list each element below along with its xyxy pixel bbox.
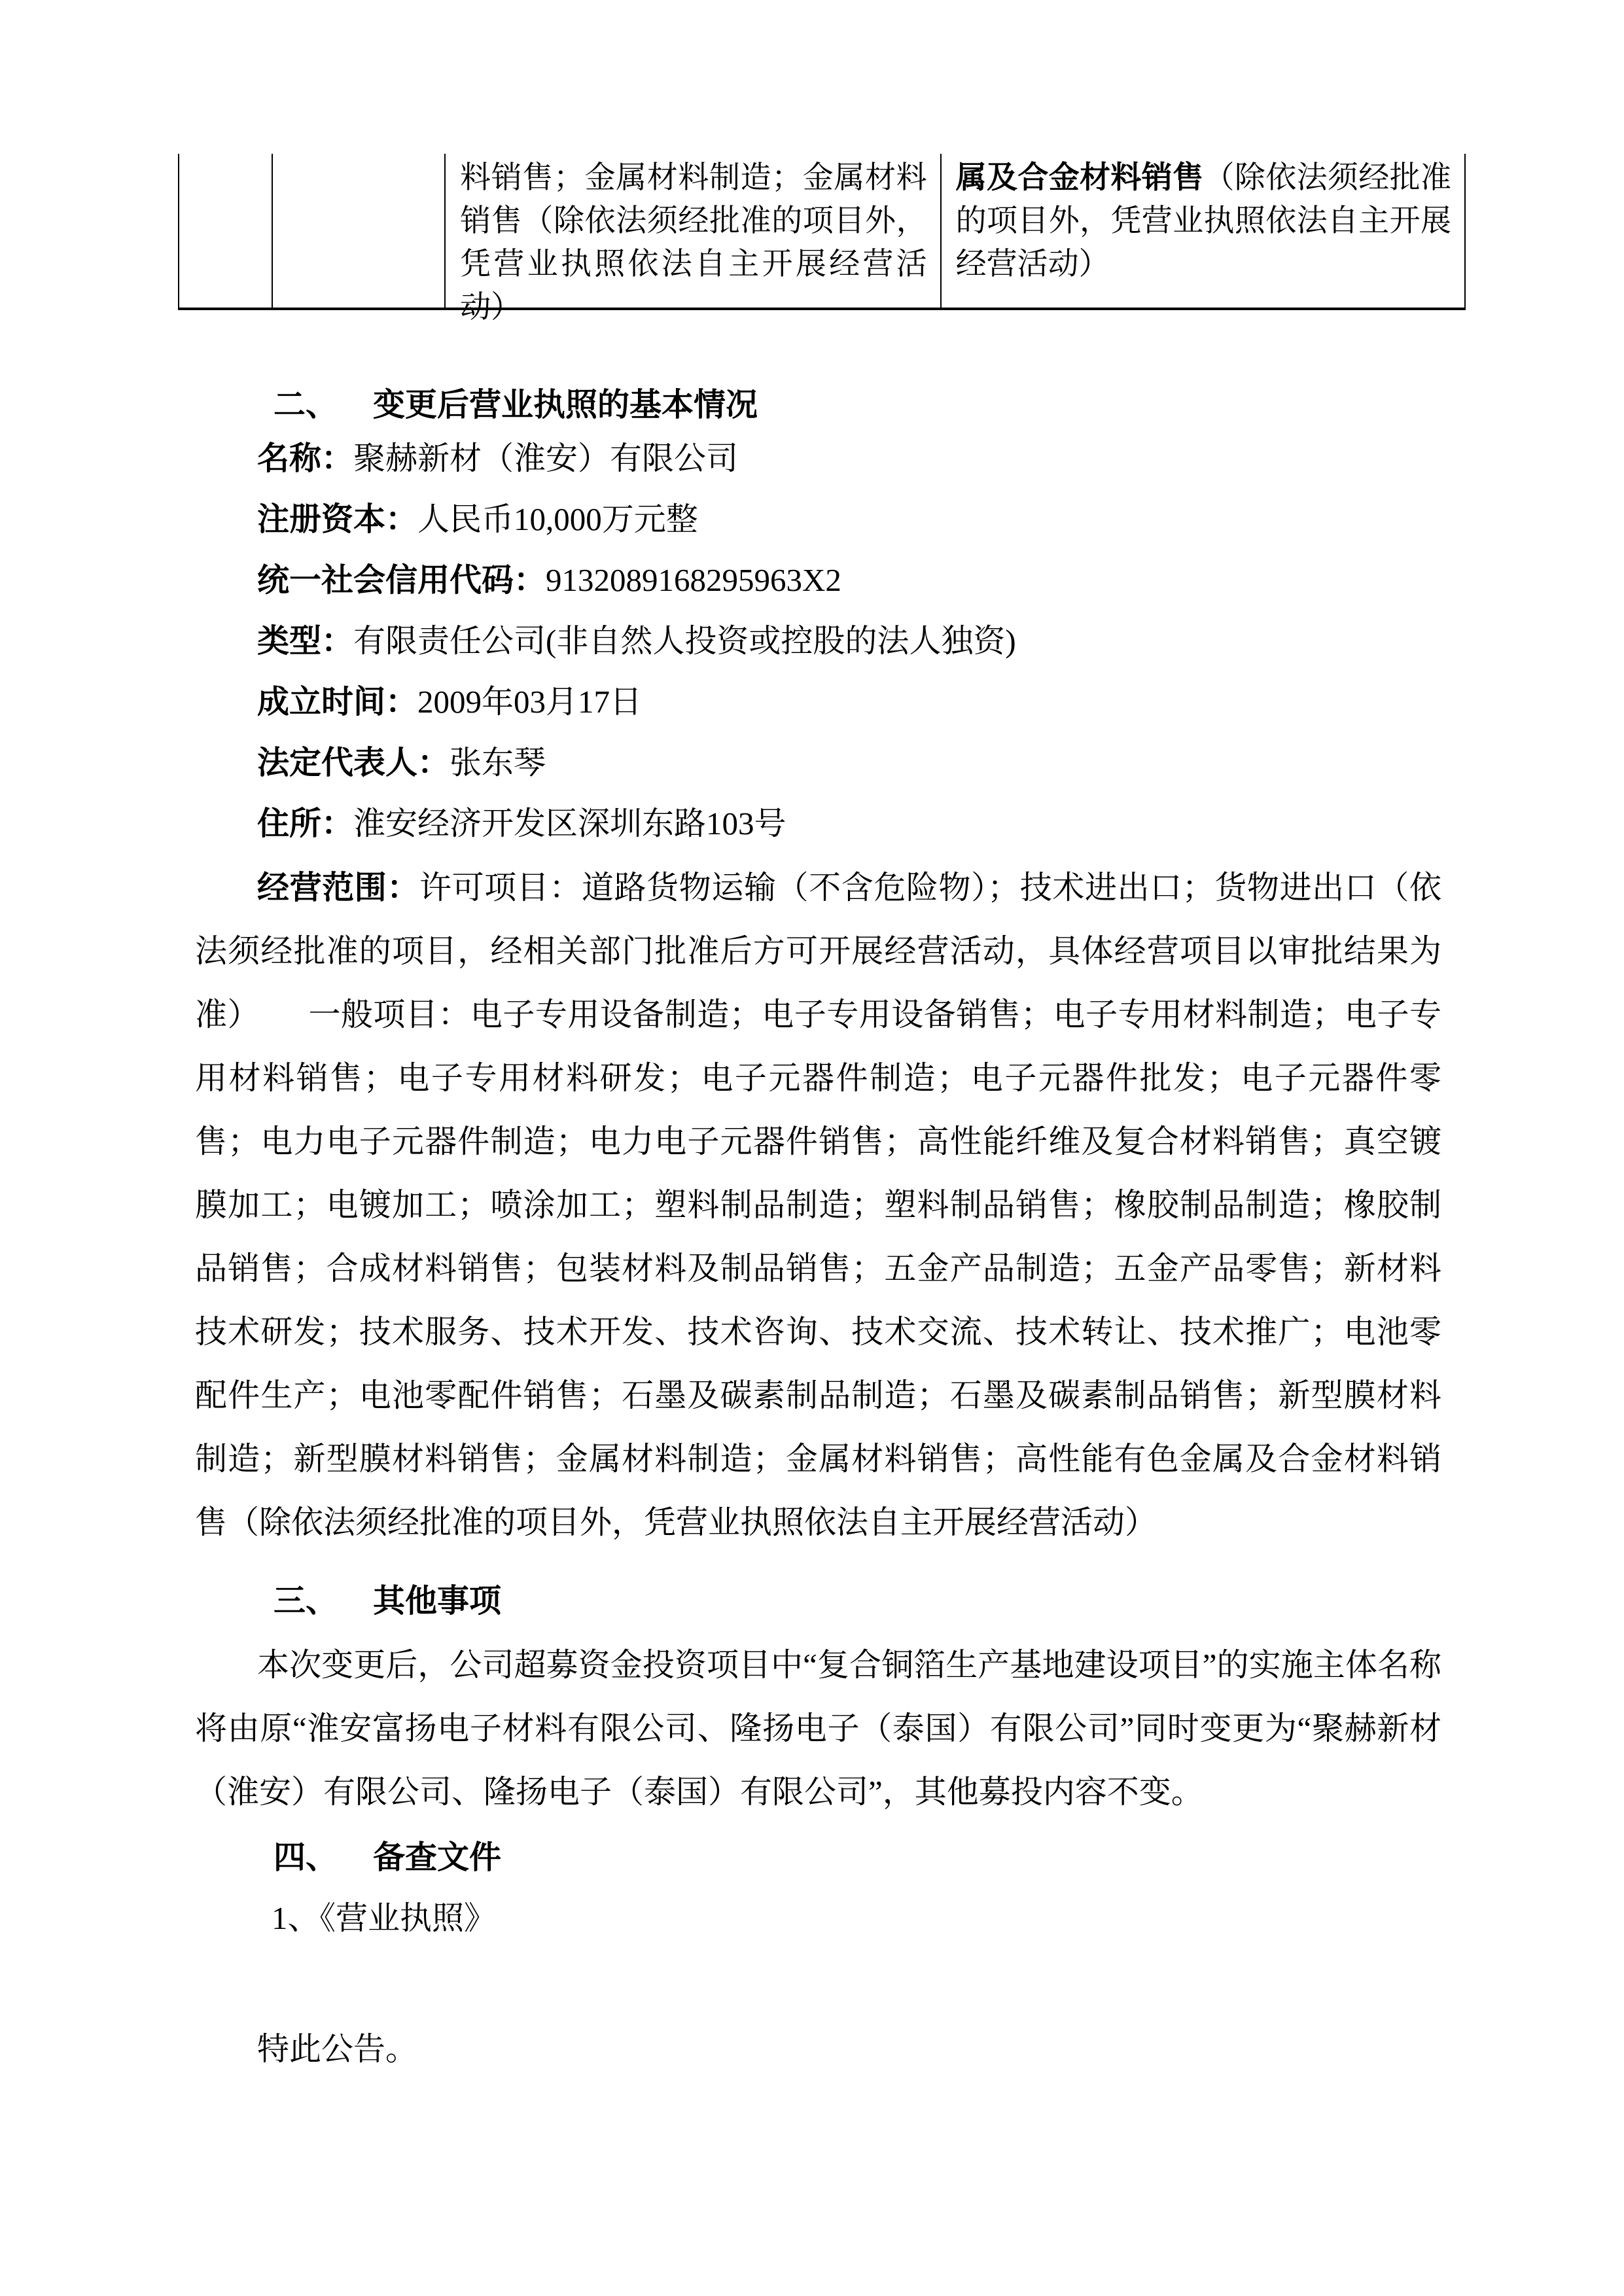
closing-statement: 特此公告。 (257, 2033, 417, 2065)
section-3-title: 其他事项 (373, 1583, 501, 1619)
table-cell-old-scope-text: 料销售；金属材料制造；金属材料销售（除依法须经批准的项目外，凭营业执照依法自主开… (460, 161, 927, 325)
field-name-label: 名称： (257, 440, 353, 476)
reference-document-item: 1、《营业执照》 (272, 1902, 496, 1934)
field-legal-representative: 法定代表人：张东琴 (257, 747, 546, 779)
business-scope-text: 许可项目：道路货物运输（不含危险物）；技术进出口；货物进出口（依法须经批准的项目… (195, 870, 1441, 1540)
field-establish-date-value: 2009年03月17日 (417, 684, 642, 720)
field-legal-representative-value: 张东琴 (450, 745, 546, 781)
table-fragment: 料销售；金属材料制造；金属材料销售（除依法须经批准的项目外，凭营业执照依法自主开… (178, 154, 1466, 310)
table-cell-new-scope-lead: 属及合金材料销售 (956, 161, 1204, 195)
field-company-type-label: 类型： (257, 623, 353, 659)
section-4-number: 四、 (274, 1839, 338, 1875)
section-2-number: 二、 (274, 387, 338, 423)
field-credit-code-value: 9132089168295963X2 (546, 562, 841, 598)
field-establish-date: 成立时间：2009年03月17日 (257, 686, 642, 718)
other-matters-paragraph: 本次变更后，公司超募资金投资项目中“复合铜箔生产基地建设项目”的实施主体名称将由… (195, 1633, 1441, 1824)
field-credit-code-label: 统一社会信用代码： (257, 562, 546, 598)
field-credit-code: 统一社会信用代码：9132089168295963X2 (257, 564, 841, 596)
table-cell-new-scope: 属及合金材料销售（除依法须经批准的项目外，凭营业执照依法自主开展经营活动） (940, 154, 1464, 308)
field-address: 住所：淮安经济开发区深圳东路103号 (257, 807, 786, 839)
field-registered-capital-value: 人民币10,000万元整 (417, 501, 698, 537)
section-3-number: 三、 (274, 1583, 338, 1619)
field-company-type: 类型：有限责任公司(非自然人投资或控股的法人独资) (257, 625, 1016, 657)
field-address-label: 住所： (257, 805, 353, 841)
field-company-type-value: 有限责任公司(非自然人投资或控股的法人独资) (353, 623, 1016, 659)
business-scope-label: 经营范围： (257, 870, 419, 906)
field-establish-date-label: 成立时间： (257, 684, 417, 720)
table-cell-old-scope: 料销售；金属材料制造；金属材料销售（除依法须经批准的项目外，凭营业执照依法自主开… (444, 154, 940, 308)
field-legal-representative-label: 法定代表人： (257, 745, 450, 781)
table-cell-empty-1 (179, 154, 272, 308)
section-4-title: 备查文件 (373, 1839, 501, 1875)
field-address-value: 淮安经济开发区深圳东路103号 (353, 805, 786, 841)
section-4-heading: 四、备查文件 (195, 1841, 501, 1873)
field-registered-capital: 注册资本：人民币10,000万元整 (257, 503, 698, 535)
section-2-title: 变更后营业执照的基本情况 (373, 387, 758, 423)
field-name-value: 聚赫新材（淮安）有限公司 (353, 440, 738, 476)
business-scope-paragraph: 经营范围：许可项目：道路货物运输（不含危险物）；技术进出口；货物进出口（依法须经… (195, 856, 1441, 1554)
section-3-heading: 三、其他事项 (195, 1585, 501, 1617)
section-2-heading: 二、变更后营业执照的基本情况 (195, 389, 758, 421)
table-cell-empty-2 (272, 154, 444, 308)
field-name: 名称：聚赫新材（淮安）有限公司 (257, 442, 738, 474)
document-page: 料销售；金属材料制造；金属材料销售（除依法须经批准的项目外，凭营业执照依法自主开… (0, 0, 1624, 2296)
field-registered-capital-label: 注册资本： (257, 501, 417, 537)
